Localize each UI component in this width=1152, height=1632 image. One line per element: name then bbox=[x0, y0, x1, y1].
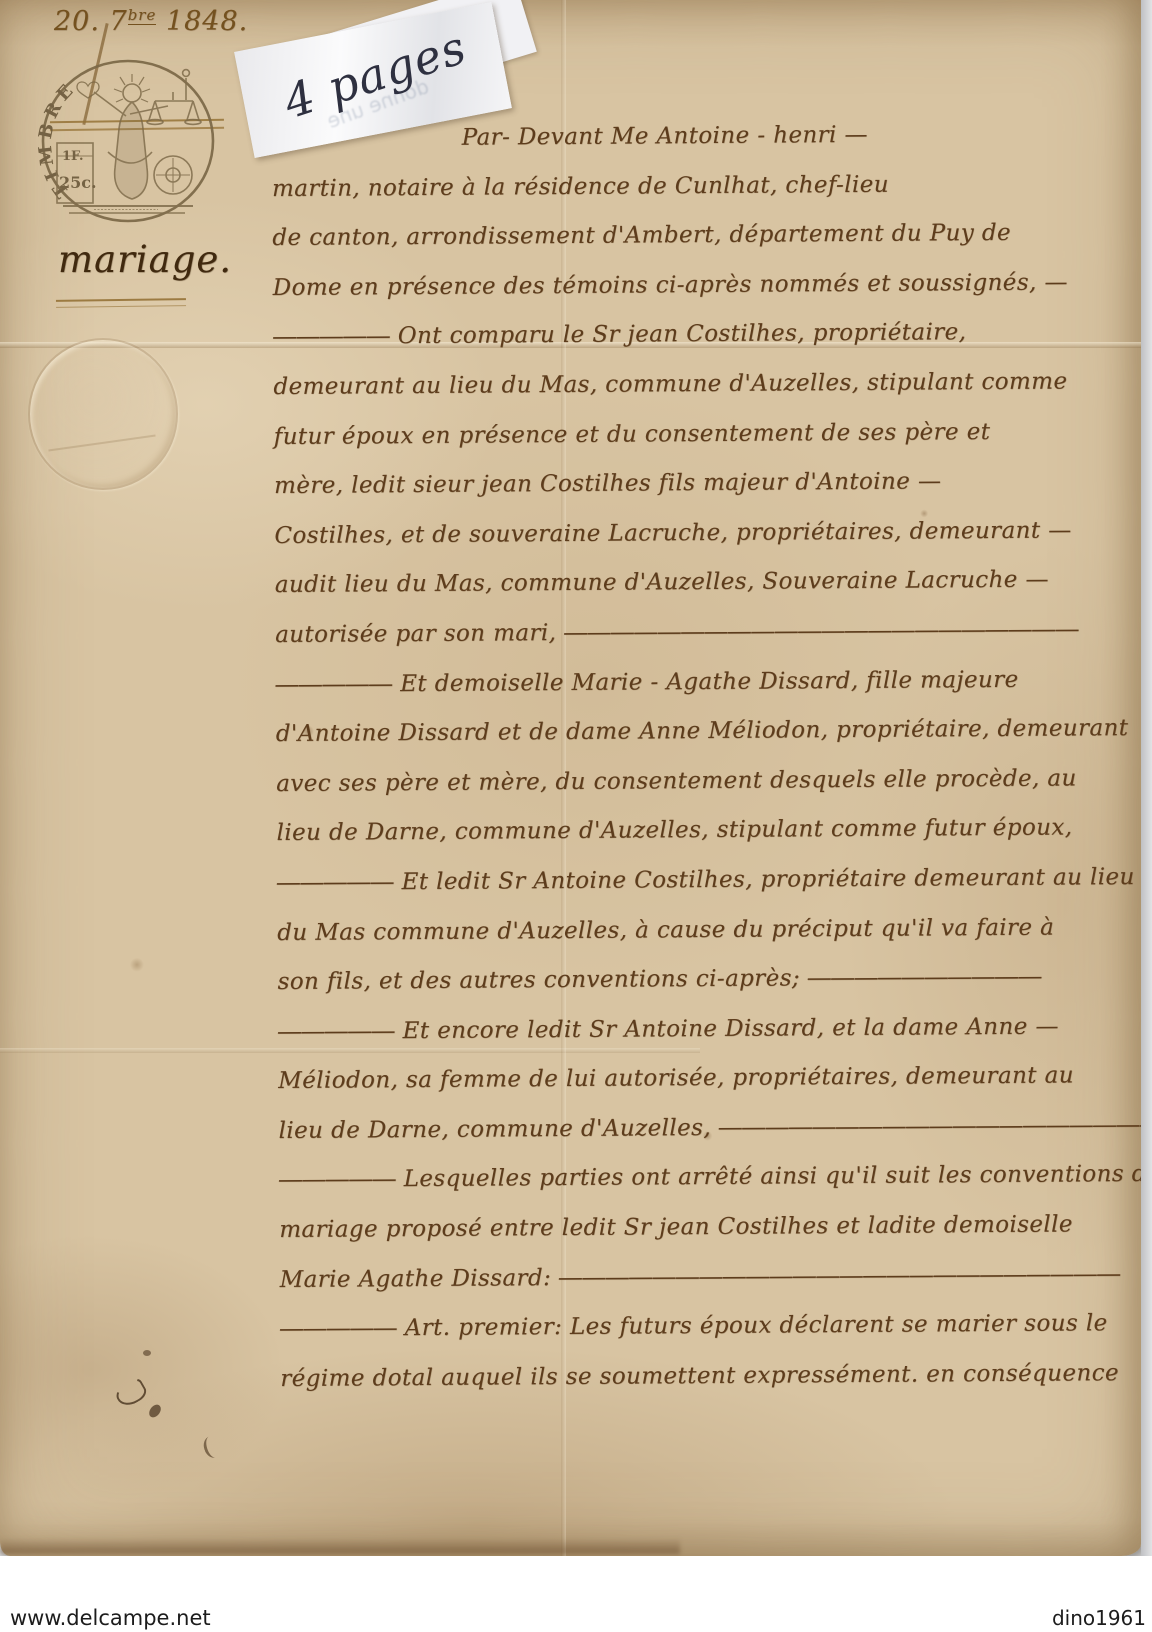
handwritten-line: audit lieu du Mas, commune d'Auzelles, S… bbox=[275, 555, 1137, 611]
handwritten-line: ――――― Et demoiselle Marie - Agathe Dissa… bbox=[275, 655, 1137, 711]
doc-type-label: mariage. bbox=[58, 238, 232, 281]
scanned-document-image: 20. 7bre 1848. TIMBRE bbox=[0, 0, 1152, 1632]
handwritten-line: martin, notaire à la résidence de Cunlha… bbox=[272, 159, 1134, 215]
handwritten-line: Dome en présence des témoins ci-après no… bbox=[273, 258, 1135, 314]
seller-watermark: dino1961 bbox=[1052, 1606, 1146, 1630]
stamp-value-bottom: 25c. bbox=[59, 173, 97, 192]
ink-spot bbox=[201, 1434, 224, 1460]
date-day-month: 20. 7 bbox=[54, 6, 128, 37]
handwritten-line: autorisée par son mari, ――――――――――――――――… bbox=[275, 605, 1137, 661]
seal-base-line bbox=[48, 434, 155, 451]
date-month-suffix: bre bbox=[128, 6, 157, 25]
stamp-value-top: 1F. bbox=[62, 149, 84, 164]
handwritten-line: de canton, arrondissement d'Ambert, dépa… bbox=[272, 208, 1134, 264]
site-watermark: www.delcampe.net bbox=[10, 1606, 211, 1630]
date-year: 1848. bbox=[156, 6, 248, 37]
handwritten-line: son fils, et des autres conventions ci-a… bbox=[277, 952, 1139, 1008]
scanner-background-edge bbox=[1141, 0, 1152, 1556]
doc-type-underline bbox=[56, 298, 186, 308]
ink-spot bbox=[113, 1376, 150, 1410]
handwritten-line: ――――― Art. premier: Les futurs époux déc… bbox=[280, 1299, 1142, 1355]
ink-spot bbox=[148, 1403, 163, 1420]
handwritten-line: Costilhes, et de souveraine Lacruche, pr… bbox=[274, 506, 1136, 562]
embossed-blind-seal bbox=[28, 338, 178, 490]
handwritten-line: Méliodon, sa femme de lui autorisée, pro… bbox=[278, 1051, 1140, 1107]
ink-spot bbox=[143, 1350, 151, 1356]
handwritten-line: avec ses père et mère, du consentement d… bbox=[276, 754, 1138, 810]
handwritten-line: mariage proposé entre ledit Sr jean Cost… bbox=[279, 1200, 1141, 1256]
handwritten-line: du Mas commune d'Auzelles, à cause du pr… bbox=[277, 902, 1139, 958]
handwritten-line: lieu de Darne, commune d'Auzelles, stipu… bbox=[276, 803, 1138, 859]
torn-bottom-edge-shadow bbox=[0, 1538, 680, 1554]
handwritten-line: ――――― Et ledit Sr Antoine Costilhes, pro… bbox=[277, 853, 1139, 909]
handwritten-line: ――――― Ont comparu le Sr jean Costilhes, … bbox=[273, 307, 1135, 363]
handwritten-lines: Par- Devant Me Antoine - henri —martin, … bbox=[272, 109, 1143, 1404]
footer-strip: www.delcampe.net dino1961 bbox=[0, 1556, 1152, 1632]
handwritten-line: demeurant au lieu du Mas, commune d'Auze… bbox=[273, 357, 1135, 413]
handwritten-line: ――――― Et encore ledit Sr Antoine Dissard… bbox=[278, 1002, 1140, 1058]
handwritten-line: régime dotal auquel ils se soumettent ex… bbox=[280, 1349, 1142, 1405]
handwritten-line: ――――― Lesquelles parties ont arrêté ains… bbox=[279, 1150, 1141, 1206]
handwritten-date: 20. 7bre 1848. bbox=[54, 6, 248, 37]
revenue-stamp: TIMBRE bbox=[36, 56, 218, 226]
handwritten-line: Par- Devant Me Antoine - henri — bbox=[272, 109, 1134, 165]
handwritten-line: mère, ledit sieur jean Costilhes fils ma… bbox=[274, 456, 1136, 512]
handwritten-line: futur époux en présence et du consenteme… bbox=[274, 407, 1136, 463]
document-paper: 20. 7bre 1848. TIMBRE bbox=[0, 0, 1141, 1556]
handwritten-line: lieu de Darne, commune d'Auzelles, ―――――… bbox=[278, 1101, 1140, 1157]
handwritten-line: Marie Agathe Dissard: ――――――――――――――――――… bbox=[279, 1250, 1141, 1306]
handwritten-line: d'Antoine Dissard et de dame Anne Méliod… bbox=[276, 704, 1138, 760]
